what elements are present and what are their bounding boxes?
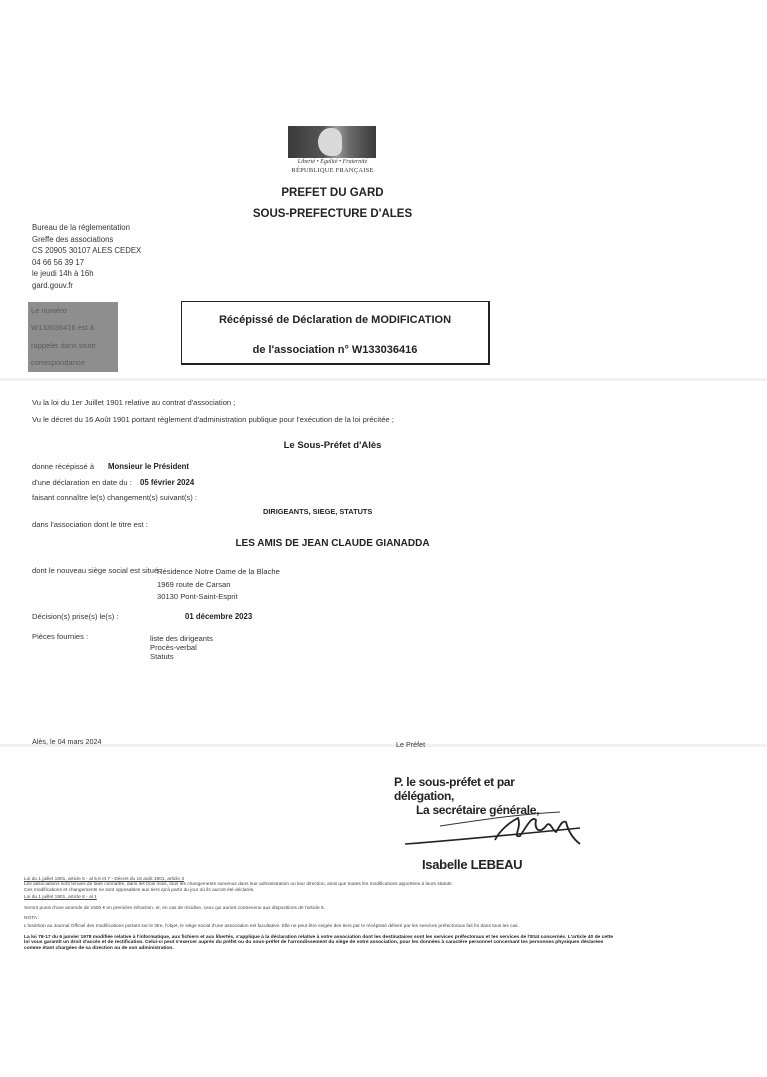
scan-artifact — [0, 744, 767, 747]
contact-line: CS 20905 30107 ALES CEDEX — [32, 245, 141, 257]
legal-ref-law: Vu la loi du 1er Juillet 1901 relative a… — [32, 398, 235, 407]
notice-line: rappeler dans toute — [31, 337, 118, 354]
footer-notes: Loi du 1 juillet 1901, article 5 - al 5,… — [24, 877, 614, 952]
association-number: de l'association n° W133036416 — [182, 344, 488, 356]
signatory-role: Le Préfet — [396, 740, 425, 749]
reference-notice-box: Le numéro W133036416 est à rappeler dans… — [28, 302, 118, 372]
footer-paragraph: L'insertion au Journal Officiel des modi… — [24, 924, 614, 929]
new-seat-label: dont le nouveau siège social est situé : — [32, 566, 162, 575]
document-item: liste des dirigeants — [150, 634, 213, 643]
address-line: Résidence Notre Dame de la Blache — [157, 566, 280, 579]
changes-value: DIRIGEANTS, SIEGE, STATUTS — [263, 507, 372, 516]
recipient-label: donne récépissé à — [32, 462, 94, 471]
legal-ref-decree: Vu le décret du 16 Août 1901 portant règ… — [32, 415, 394, 424]
notice-line: correspondance — [31, 354, 118, 371]
address-line: 1969 route de Carsan — [157, 579, 280, 592]
contact-phone: 04 66 56 39 17 — [32, 257, 141, 269]
decision-date-value: 01 décembre 2023 — [185, 612, 252, 621]
contact-website: gard.gouv.fr — [32, 280, 141, 292]
notice-line: Le numéro — [31, 302, 118, 319]
document-item: Statuts — [150, 652, 213, 661]
marianne-logo-icon — [288, 126, 376, 158]
footer-nota-label: NOTA : — [24, 916, 614, 921]
footer-paragraph: Ces modifications et changements ne sont… — [24, 888, 614, 893]
contact-line: Bureau de la réglementation — [32, 222, 141, 234]
address-line: 30130 Pont-Saint-Esprit — [157, 591, 280, 604]
contact-hours: le jeudi 14h à 16h — [32, 268, 141, 280]
handwritten-signature-icon — [400, 800, 585, 850]
footer-paragraph: Seront punis d'une amende de 1500 € en p… — [24, 906, 614, 911]
republic-motto: Liberté • Égalité • Fraternité — [270, 159, 395, 165]
place-date: Alès, le 04 mars 2024 — [32, 737, 102, 746]
contact-block: Bureau de la réglementation Greffe des a… — [32, 222, 141, 292]
documents-label: Pièces fournies : — [32, 632, 88, 641]
receipt-title: Récépissé de Déclaration de MODIFICATION — [182, 314, 488, 326]
declaration-date-label: d'une déclaration en date du : — [32, 478, 132, 487]
changes-label: faisant connaître le(s) changement(s) su… — [32, 493, 197, 502]
declaration-date-value: 05 février 2024 — [140, 478, 194, 487]
footer-privacy-notice: La loi 78-17 du 6 janvier 1978 modifiée … — [24, 935, 614, 952]
delegation-text: P. le sous-préfet et par délégation, — [394, 775, 574, 803]
contact-line: Greffe des associations — [32, 234, 141, 246]
recipient-value: Monsieur le Président — [108, 462, 189, 471]
signatory-name: Isabelle LEBEAU — [422, 857, 522, 872]
association-name: LES AMIS DE JEAN CLAUDE GIANADDA — [200, 538, 465, 549]
receipt-title-box: Récépissé de Déclaration de MODIFICATION… — [181, 301, 490, 365]
footer-ref-2: Loi du 1 juillet 1901, article 8 - al 1 — [24, 895, 97, 900]
document-item: Procès-verbal — [150, 643, 213, 652]
new-seat-address: Résidence Notre Dame de la Blache 1969 r… — [157, 566, 280, 604]
documents-list: liste des dirigeants Procès-verbal Statu… — [150, 634, 213, 661]
republic-name: RÉPUBLIQUE FRANÇAISE — [270, 167, 395, 174]
notice-line: W133036416 est à — [31, 319, 118, 336]
scan-artifact — [0, 378, 767, 381]
decision-date-label: Décision(s) prise(s) le(s) : — [32, 612, 119, 621]
sous-prefecture-heading: SOUS-PREFECTURE D'ALES — [200, 208, 465, 220]
authority-heading: Le Sous-Préfet d'Alès — [200, 440, 465, 451]
prefet-heading: PREFET DU GARD — [200, 187, 465, 199]
association-title-label: dans l'association dont le titre est : — [32, 520, 148, 529]
